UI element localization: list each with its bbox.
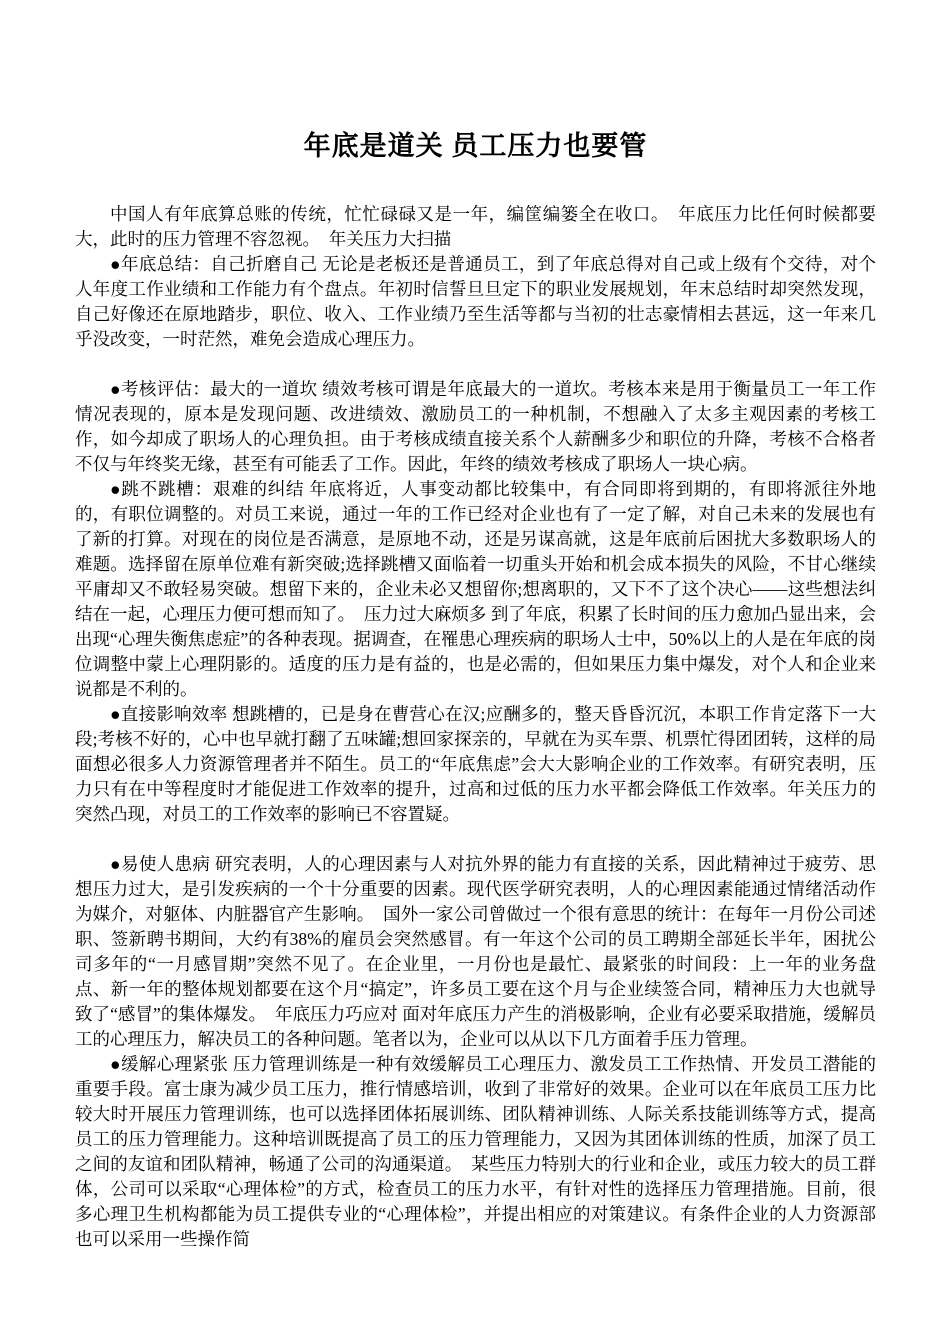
paragraph: 中国人有年底算总账的传统，忙忙碌碌又是一年，编筐编篓全在收口。 年底压力比任何时… [75,202,876,252]
document-page: 年底是道关 员工压力也要管 中国人有年底算总账的传统，忙忙碌碌又是一年，编筐编篓… [0,0,950,1344]
paragraph: ●跳不跳槽：艰难的纠结 年底将近，人事变动都比较集中，有合同即将到期的，有即将派… [75,477,876,702]
document-body: 中国人有年底算总账的传统，忙忙碌碌又是一年，编筐编篓全在收口。 年底压力比任何时… [75,202,876,1252]
paragraph: ●考核评估：最大的一道坎 绩效考核可谓是年底最大的一道坎。考核本来是用于衡量员工… [75,377,876,477]
document-title: 年底是道关 员工压力也要管 [75,128,876,164]
paragraph: ●直接影响效率 想跳槽的，已是身在曹营心在汉;应酬多的，整天昏昏沉沉，本职工作肯… [75,702,876,827]
paragraph: ●易使人患病 研究表明，人的心理因素与人对抗外界的能力有直接的关系，因此精神过于… [75,852,876,1052]
paragraph: ●年底总结：自己折磨自己 无论是老板还是普通员工，到了年底总得对自己或上级有个交… [75,252,876,352]
paragraph: ●缓解心理紧张 压力管理训练是一种有效缓解员工心理压力、激发员工工作热情、开发员… [75,1052,876,1252]
